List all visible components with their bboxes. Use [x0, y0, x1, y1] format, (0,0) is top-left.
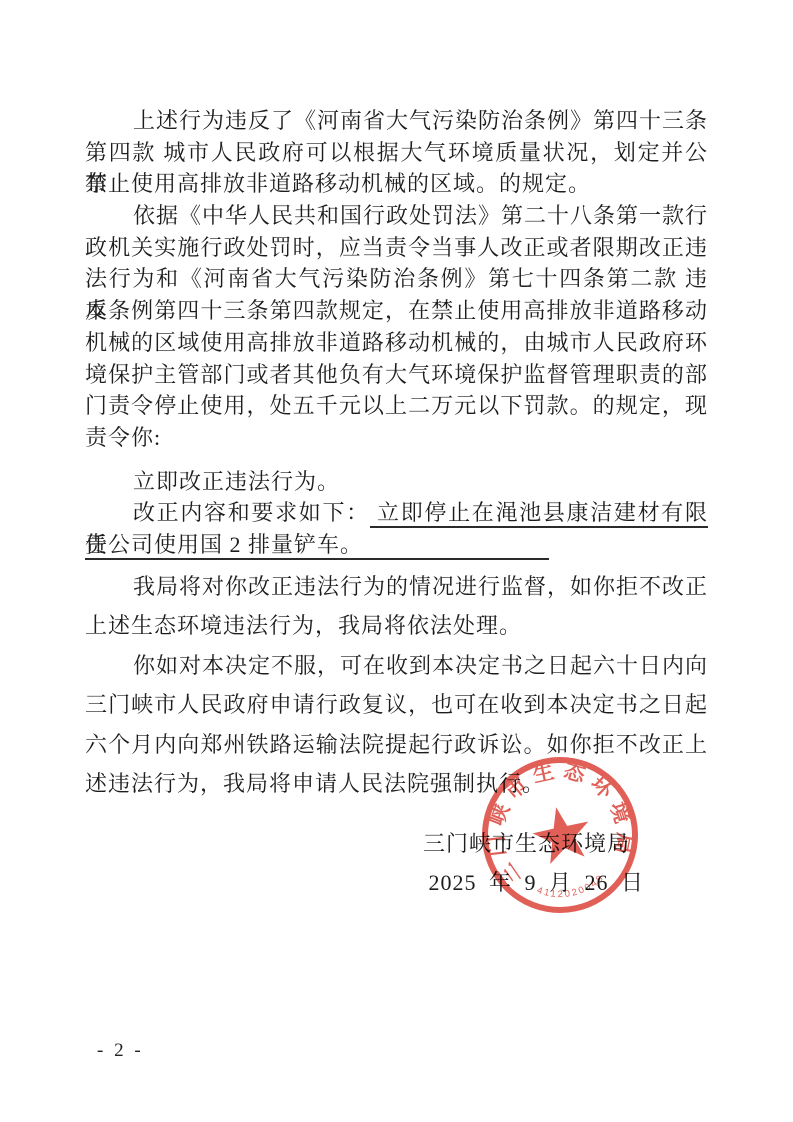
text-segment: 上述生态环境违法行为，我局将依法处理。	[85, 613, 522, 638]
text-line: 立即改正违法行为。	[85, 466, 708, 498]
text-segment: 六个月内向郑州铁路运输法院提起行政诉讼。如你拒不改正上	[85, 732, 708, 757]
text-line: 政机关实施行政处罚时，应当责令当事人改正或者限期改正违	[85, 232, 708, 264]
text-line: 法行为和《河南省大气污染防治条例》第七十四条第二款 违反	[85, 263, 708, 295]
paragraph: 依据《中华人民共和国行政处罚法》第二十八条第一款行政机关实施行政处罚时，应当责令…	[85, 200, 708, 454]
text-line: 上述生态环境违法行为，我局将依法处理。	[85, 606, 708, 646]
text-segment: 门责令停止使用，处五千元以上二万元以下罚款。的规定，现	[85, 393, 708, 418]
paragraphs: 上述行为违反了《河南省大气污染防治条例》第四十三条第四款 城市人民政府可以根据大…	[85, 105, 708, 804]
text-line: 你如对本决定不服，可在收到本决定书之日起六十日内向	[85, 646, 708, 686]
paragraph: 改正内容和要求如下： 立即停止在渑池县康洁建材有限责任公司使用国 2 排量铲车。	[85, 497, 708, 560]
document-page: 上述行为违反了《河南省大气污染防治条例》第四十三条第四款 城市人民政府可以根据大…	[0, 0, 793, 1122]
official-seal-stamp: 三门峡市生态环境局 4112020048	[480, 755, 640, 915]
text-line: 责令你:	[85, 422, 708, 454]
page-number: - 2 -	[97, 1040, 144, 1062]
text-line: 机械的区域使用高排放非道路移动机械的，由城市人民政府环	[85, 327, 708, 359]
text-segment: 境保护主管部门或者其他负有大气环境保护监督管理职责的部	[85, 362, 708, 387]
text-line: 第四款 城市人民政府可以根据大气环境质量状况，划定并公布	[85, 137, 708, 169]
text-line: 任公司使用国 2 排量铲车。	[85, 529, 708, 561]
text-segment: 禁止使用高排放非道路移动机械的区域。的规定。	[85, 171, 591, 196]
text-line: 境保护主管部门或者其他负有大气环境保护监督管理职责的部	[85, 359, 708, 391]
text-segment: 述违法行为，我局将申请人民法院强制执行。	[85, 771, 545, 796]
text-segment: 你如对本决定不服，可在收到本决定书之日起六十日内向	[133, 653, 708, 678]
text-segment: 改正内容和要求如下：	[133, 500, 370, 525]
text-segment: 依据《中华人民共和国行政处罚法》第二十八条第一款行	[133, 203, 708, 228]
text-segment: 责令你:	[85, 425, 161, 450]
text-line: 上述行为违反了《河南省大气污染防治条例》第四十三条	[85, 105, 708, 137]
text-segment: 三门峡市人民政府申请行政复议，也可在收到本决定书之日起	[85, 692, 708, 717]
paragraph: 立即改正违法行为。	[85, 466, 708, 498]
text-segment: 政机关实施行政处罚时，应当责令当事人改正或者限期改正违	[85, 235, 708, 260]
text-segment: 上述行为违反了《河南省大气污染防治条例》第四十三条	[133, 108, 708, 133]
text-line: 改正内容和要求如下： 立即停止在渑池县康洁建材有限责	[85, 497, 708, 529]
text-segment: 立即改正违法行为。	[133, 469, 340, 494]
text-line: 我局将对你改正违法行为的情况进行监督，如你拒不改正	[85, 567, 708, 607]
text-line: 依据《中华人民共和国行政处罚法》第二十八条第一款行	[85, 200, 708, 232]
paragraph: 我局将对你改正违法行为的情况进行监督，如你拒不改正上述生态环境违法行为，我局将依…	[85, 567, 708, 646]
text-segment: 本条例第四十三条第四款规定，在禁止使用高排放非道路移动	[85, 298, 708, 323]
text-segment: 我局将对你改正违法行为的情况进行监督，如你拒不改正	[133, 574, 708, 599]
text-line: 三门峡市人民政府申请行政复议，也可在收到本决定书之日起	[85, 685, 708, 725]
text-line: 本条例第四十三条第四款规定，在禁止使用高排放非道路移动	[85, 295, 708, 327]
underlined-text: 任公司使用国 2 排量铲车。	[85, 532, 549, 560]
text-line: 禁止使用高排放非道路移动机械的区域。的规定。	[85, 168, 708, 200]
star-icon	[528, 801, 595, 866]
blank-underline	[363, 550, 549, 552]
text-line: 门责令停止使用，处五千元以上二万元以下罚款。的规定，现	[85, 390, 708, 422]
paragraph: 上述行为违反了《河南省大气污染防治条例》第四十三条第四款 城市人民政府可以根据大…	[85, 105, 708, 200]
text-segment: 机械的区域使用高排放非道路移动机械的，由城市人民政府环	[85, 330, 708, 355]
